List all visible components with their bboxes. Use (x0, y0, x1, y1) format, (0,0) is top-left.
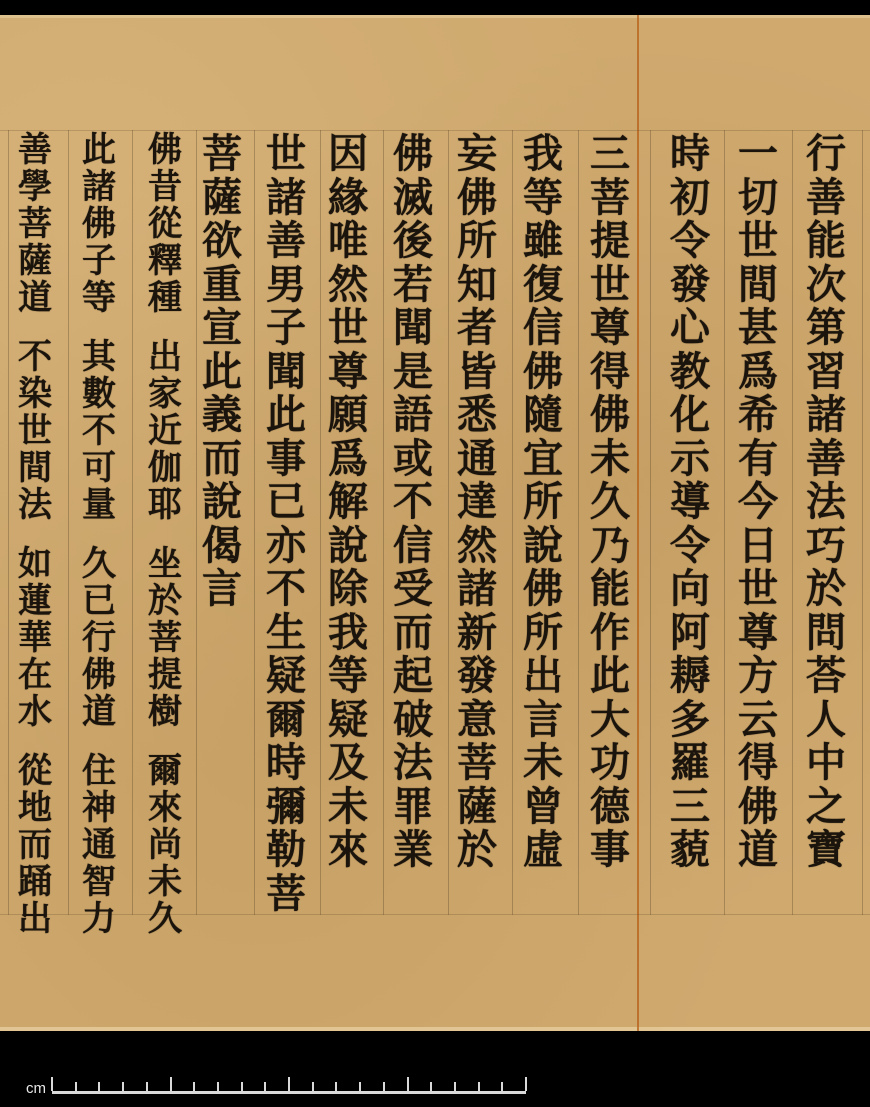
character: 久 (133, 901, 197, 938)
character: 等 (67, 280, 131, 317)
character: 昔 (133, 169, 197, 206)
character: 未 (578, 437, 642, 481)
text-column-3: 時初令發心教化示導令向阿耨多羅三藐 (658, 132, 722, 872)
character: 因 (316, 132, 380, 176)
character: 來 (316, 828, 380, 872)
character: 神 (67, 790, 131, 827)
text-column-2: 一切世間甚爲希有今日世尊方云得佛道 (726, 132, 790, 872)
character: 善 (254, 219, 318, 263)
character: 道 (3, 280, 67, 317)
character: 說 (190, 480, 254, 524)
character: 切 (726, 176, 790, 220)
character: 疑 (316, 698, 380, 742)
text-column-10: 菩薩欲重宣此義而說偈言 (190, 132, 254, 611)
character: 云 (726, 698, 790, 742)
character: 佛 (445, 176, 509, 220)
character: 提 (578, 219, 642, 263)
character: 家 (133, 376, 197, 413)
character: 阿 (658, 611, 722, 655)
major-tick (288, 1077, 290, 1091)
character: 而 (381, 611, 445, 655)
character: 唯 (316, 219, 380, 263)
character: 彌 (254, 785, 318, 829)
character: 破 (381, 698, 445, 742)
character: 欲 (190, 219, 254, 263)
character: 此 (190, 350, 254, 394)
character: 智 (67, 864, 131, 901)
character: 世 (578, 263, 642, 307)
character: 曾 (511, 785, 575, 829)
character: 罪 (381, 785, 445, 829)
character: 世 (254, 132, 318, 176)
character: 功 (578, 741, 642, 785)
character: 伽 (133, 450, 197, 487)
character: 解 (316, 480, 380, 524)
minor-tick (430, 1082, 432, 1091)
column-rule-line (862, 130, 863, 915)
character: 可 (67, 450, 131, 487)
character: 世 (726, 567, 790, 611)
character: 希 (726, 393, 790, 437)
character: 第 (794, 306, 858, 350)
character: 次 (794, 263, 858, 307)
character: 來 (133, 790, 197, 827)
character: 而 (190, 437, 254, 481)
character: 量 (67, 487, 131, 524)
character: 佛 (578, 393, 642, 437)
scale-unit-label: cm (26, 1080, 46, 1097)
character: 道 (726, 828, 790, 872)
character: 新 (445, 611, 509, 655)
character: 是 (381, 350, 445, 394)
character: 樹 (133, 694, 197, 731)
character: 重 (190, 263, 254, 307)
text-column-8: 因緣唯然世尊願爲解說除我等疑及未來 (316, 132, 380, 872)
character: 人 (794, 698, 858, 742)
character: 日 (726, 524, 790, 568)
character: 偈 (190, 524, 254, 568)
character: 亦 (254, 524, 318, 568)
character: 耶 (133, 487, 197, 524)
character: 心 (658, 306, 722, 350)
character: 不 (381, 480, 445, 524)
character: 從 (3, 753, 67, 790)
character: 出 (511, 654, 575, 698)
major-tick (525, 1077, 527, 1091)
minor-tick (359, 1082, 361, 1091)
character: 初 (658, 176, 722, 220)
character: 除 (316, 567, 380, 611)
character: 疑 (254, 654, 318, 698)
character: 後 (381, 219, 445, 263)
minor-tick (383, 1082, 385, 1091)
character: 說 (316, 524, 380, 568)
character: 滅 (381, 176, 445, 220)
character: 佛 (133, 132, 197, 169)
character: 宜 (511, 437, 575, 481)
text-column-7: 佛滅後若聞是語或不信受而起破法罪業 (381, 132, 445, 872)
character: 蓮 (3, 583, 67, 620)
character: 導 (658, 480, 722, 524)
character: 不 (67, 413, 131, 450)
character: 方 (726, 654, 790, 698)
paper-top-edge (0, 15, 870, 18)
character: 言 (190, 567, 254, 611)
character: 信 (511, 306, 575, 350)
text-column-6: 妄佛所知者皆悉通達然諸新發意菩薩於 (445, 132, 509, 872)
character: 此 (578, 654, 642, 698)
character: 羅 (658, 741, 722, 785)
character: 久 (67, 546, 131, 583)
minor-tick (146, 1082, 148, 1091)
minor-tick (312, 1082, 314, 1091)
text-column-13: 善學菩薩道不染世間法如蓮華在水從地而踊出 (3, 132, 67, 938)
character: 出 (3, 901, 67, 938)
character: 妄 (445, 132, 509, 176)
character: 尊 (578, 306, 642, 350)
character: 意 (445, 698, 509, 742)
character: 有 (726, 437, 790, 481)
character: 然 (445, 524, 509, 568)
character: 雖 (511, 219, 575, 263)
character: 未 (133, 864, 197, 901)
character: 隨 (511, 393, 575, 437)
character: 法 (3, 487, 67, 524)
character: 於 (445, 828, 509, 872)
minor-tick (98, 1082, 100, 1091)
character: 薩 (445, 785, 509, 829)
character: 世 (3, 413, 67, 450)
character: 爾 (254, 698, 318, 742)
minor-tick (217, 1082, 219, 1091)
character: 教 (658, 350, 722, 394)
character: 子 (67, 243, 131, 280)
character: 菩 (133, 620, 197, 657)
character: 法 (381, 741, 445, 785)
character: 力 (67, 901, 131, 938)
text-column-5: 我等雖復信佛隨宜所說佛所出言未曾虛 (511, 132, 575, 872)
character: 習 (794, 350, 858, 394)
character: 多 (658, 698, 722, 742)
character: 於 (794, 567, 858, 611)
minor-tick (335, 1082, 337, 1091)
paper-bottom-edge (0, 1027, 870, 1031)
character: 善 (794, 176, 858, 220)
character: 不 (3, 339, 67, 376)
character: 虛 (511, 828, 575, 872)
character: 釋 (133, 243, 197, 280)
character: 悉 (445, 393, 509, 437)
character: 三 (658, 785, 722, 829)
character: 數 (67, 376, 131, 413)
character: 然 (316, 263, 380, 307)
character: 菩 (3, 206, 67, 243)
character: 之 (794, 785, 858, 829)
character: 未 (511, 741, 575, 785)
character: 間 (3, 450, 67, 487)
character: 通 (445, 437, 509, 481)
character: 佛 (511, 350, 575, 394)
character: 爲 (726, 350, 790, 394)
character: 皆 (445, 350, 509, 394)
minor-tick (454, 1082, 456, 1091)
character: 者 (445, 306, 509, 350)
minor-tick (501, 1082, 503, 1091)
character: 尊 (316, 350, 380, 394)
character: 時 (658, 132, 722, 176)
character: 華 (3, 620, 67, 657)
character: 不 (254, 567, 318, 611)
character: 已 (67, 583, 131, 620)
character: 男 (254, 263, 318, 307)
character: 通 (67, 827, 131, 864)
character: 佛 (726, 785, 790, 829)
character: 知 (445, 263, 509, 307)
character: 世 (726, 219, 790, 263)
character: 間 (726, 263, 790, 307)
character: 緣 (316, 176, 380, 220)
character: 令 (658, 219, 722, 263)
character: 一 (726, 132, 790, 176)
character: 所 (511, 480, 575, 524)
character: 善 (794, 437, 858, 481)
character: 願 (316, 393, 380, 437)
character: 而 (3, 827, 67, 864)
character: 今 (726, 480, 790, 524)
character: 發 (445, 654, 509, 698)
character: 聞 (254, 350, 318, 394)
character: 語 (381, 393, 445, 437)
character: 佛 (67, 206, 131, 243)
character: 得 (726, 741, 790, 785)
character: 說 (511, 524, 575, 568)
character: 義 (190, 393, 254, 437)
character: 所 (511, 611, 575, 655)
character: 巧 (794, 524, 858, 568)
character: 等 (511, 176, 575, 220)
character: 爲 (316, 437, 380, 481)
character: 或 (381, 437, 445, 481)
character: 佛 (67, 657, 131, 694)
text-column-1: 行善能次第習諸善法巧於問荅人中之寶 (794, 132, 858, 872)
character: 尚 (133, 827, 197, 864)
text-column-4: 三菩提世尊得佛未久乃能作此大功德事 (578, 132, 642, 872)
character: 事 (578, 828, 642, 872)
character: 達 (445, 480, 509, 524)
character: 事 (254, 437, 318, 481)
character: 菩 (254, 872, 318, 916)
major-tick (407, 1077, 409, 1091)
character: 問 (794, 611, 858, 655)
character: 諸 (794, 393, 858, 437)
scale-bar (52, 1091, 526, 1094)
character: 菩 (190, 132, 254, 176)
character: 種 (133, 280, 197, 317)
text-column-12: 此諸佛子等其數不可量久已行佛道住神通智力 (67, 132, 131, 938)
character: 寶 (794, 828, 858, 872)
character: 生 (254, 611, 318, 655)
character: 業 (381, 828, 445, 872)
character: 學 (3, 169, 67, 206)
character: 未 (316, 785, 380, 829)
character: 得 (578, 350, 642, 394)
character: 尊 (726, 611, 790, 655)
character: 受 (381, 567, 445, 611)
character: 於 (133, 583, 197, 620)
character: 此 (254, 393, 318, 437)
character: 爾 (133, 753, 197, 790)
character: 行 (67, 620, 131, 657)
character: 發 (658, 263, 722, 307)
character: 此 (67, 132, 131, 169)
character: 我 (316, 611, 380, 655)
character: 子 (254, 306, 318, 350)
column-rule-line (650, 130, 651, 915)
minor-tick (241, 1082, 243, 1091)
character: 踊 (3, 864, 67, 901)
character: 在 (3, 657, 67, 694)
character: 如 (3, 546, 67, 583)
character: 復 (511, 263, 575, 307)
character: 出 (133, 339, 197, 376)
major-tick (51, 1077, 53, 1091)
character: 行 (794, 132, 858, 176)
character: 時 (254, 741, 318, 785)
character: 佛 (511, 567, 575, 611)
character: 示 (658, 437, 722, 481)
character: 所 (445, 219, 509, 263)
character: 甚 (726, 306, 790, 350)
character: 菩 (578, 176, 642, 220)
character: 宣 (190, 306, 254, 350)
character: 世 (316, 306, 380, 350)
character: 坐 (133, 546, 197, 583)
character: 能 (794, 219, 858, 263)
character: 及 (316, 741, 380, 785)
character: 作 (578, 611, 642, 655)
minor-tick (193, 1082, 195, 1091)
character: 佛 (381, 132, 445, 176)
character: 諸 (254, 176, 318, 220)
character: 信 (381, 524, 445, 568)
character: 三 (578, 132, 642, 176)
character: 住 (67, 753, 131, 790)
major-tick (170, 1077, 172, 1091)
character: 勒 (254, 828, 318, 872)
character: 薩 (3, 243, 67, 280)
character: 久 (578, 480, 642, 524)
character: 耨 (658, 654, 722, 698)
character: 薩 (190, 176, 254, 220)
character: 乃 (578, 524, 642, 568)
character: 荅 (794, 654, 858, 698)
character: 若 (381, 263, 445, 307)
column-rule-line (792, 130, 793, 915)
minor-tick (122, 1082, 124, 1091)
text-column-9: 世諸善男子聞此事已亦不生疑爾時彌勒菩 (254, 132, 318, 915)
column-rule-line (724, 130, 725, 915)
character: 道 (67, 694, 131, 731)
character: 已 (254, 480, 318, 524)
character: 言 (511, 698, 575, 742)
character: 起 (381, 654, 445, 698)
character: 其 (67, 339, 131, 376)
character: 諸 (445, 567, 509, 611)
text-column-11: 佛昔從釋種出家近伽耶坐於菩提樹爾來尚未久 (133, 132, 197, 938)
character: 等 (316, 654, 380, 698)
character: 提 (133, 657, 197, 694)
character: 大 (578, 698, 642, 742)
character: 能 (578, 567, 642, 611)
character: 德 (578, 785, 642, 829)
character: 向 (658, 567, 722, 611)
character: 從 (133, 206, 197, 243)
character: 諸 (67, 169, 131, 206)
character: 法 (794, 480, 858, 524)
character: 水 (3, 694, 67, 731)
character: 地 (3, 790, 67, 827)
minor-tick (264, 1082, 266, 1091)
character: 近 (133, 413, 197, 450)
character: 令 (658, 524, 722, 568)
minor-tick (478, 1082, 480, 1091)
character: 化 (658, 393, 722, 437)
character: 我 (511, 132, 575, 176)
character: 藐 (658, 828, 722, 872)
character: 善 (3, 132, 67, 169)
character: 菩 (445, 741, 509, 785)
character: 染 (3, 376, 67, 413)
character: 聞 (381, 306, 445, 350)
character: 中 (794, 741, 858, 785)
minor-tick (75, 1082, 77, 1091)
